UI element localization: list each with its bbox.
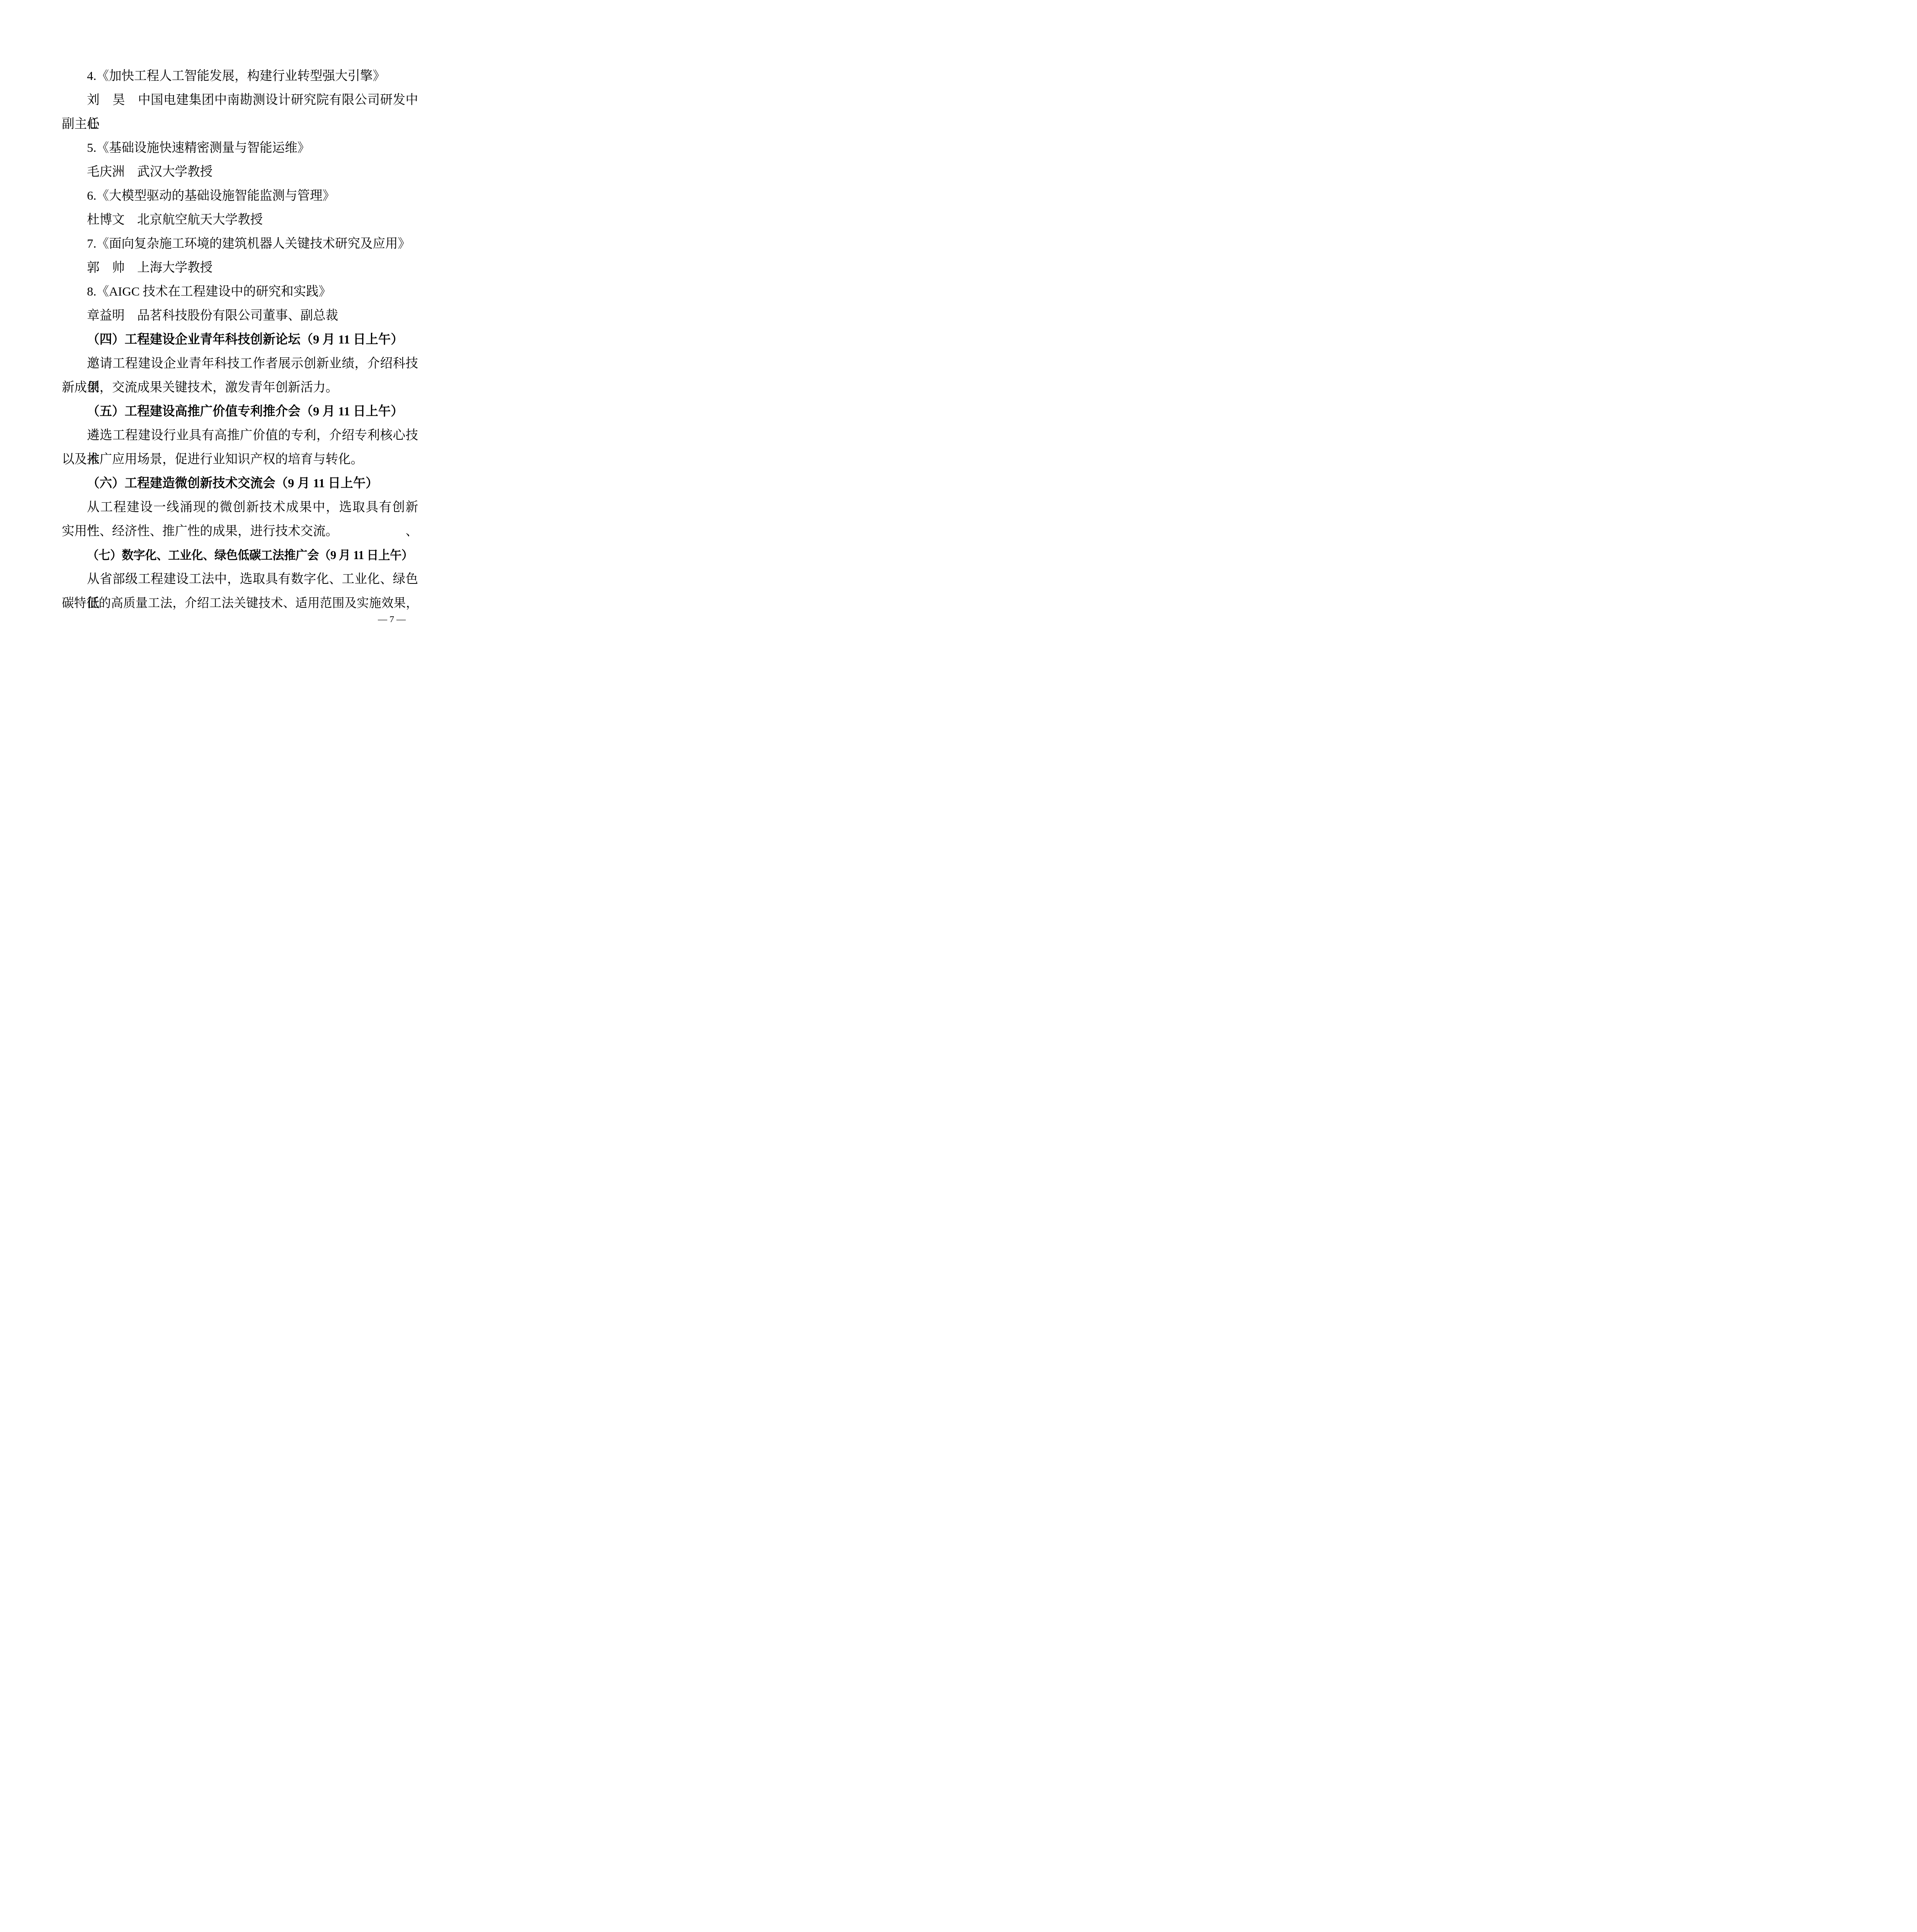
speaker-line: 郭 帅 上海大学教授	[62, 256, 418, 280]
document-body: 4.《加快工程人工智能发展，构建行业转型强大引擎》刘 昊 中国电建集团中南勘测设…	[62, 64, 418, 615]
paragraph-line: 新成果，交流成果关键技术，激发青年创新活力。	[62, 376, 418, 400]
speaker-line: 毛庆洲 武汉大学教授	[62, 160, 418, 184]
paragraph-line: 以及推广应用场景，促进行业知识产权的培育与转化。	[62, 447, 418, 471]
paragraph-line: 邀请工程建设企业青年科技工作者展示创新业绩，介绍科技创	[62, 352, 418, 376]
talk-title: 7.《面向复杂施工环境的建筑机器人关键技术研究及应用》	[62, 232, 418, 256]
section-heading: （四）工程建设企业青年科技创新论坛（9 月 11 日上午）	[62, 328, 418, 352]
section-heading: （六）工程建造微创新技术交流会（9 月 11 日上午）	[62, 471, 418, 495]
talk-title: 4.《加快工程人工智能发展，构建行业转型强大引擎》	[62, 64, 418, 88]
talk-title: 5.《基础设施快速精密测量与智能运维》	[62, 136, 418, 160]
paragraph-line: 从工程建设一线涌现的微创新技术成果中，选取具有创新性、	[62, 495, 418, 519]
document-page: 4.《加快工程人工智能发展，构建行业转型强大引擎》刘 昊 中国电建集团中南勘测设…	[0, 0, 479, 678]
speaker-line: 刘 昊 中国电建集团中南勘测设计研究院有限公司研发中心	[62, 88, 418, 112]
paragraph-line: 碳特征的高质量工法，介绍工法关键技术、适用范围及实施效果，	[62, 591, 418, 615]
speaker-line: 章益明 品茗科技股份有限公司董事、副总裁	[62, 304, 418, 328]
paragraph-line: 从省部级工程建设工法中，选取具有数字化、工业化、绿色低	[62, 567, 418, 591]
paragraph-line: 遴选工程建设行业具有高推广价值的专利，介绍专利核心技术	[62, 423, 418, 447]
talk-title: 8.《AIGC 技术在工程建设中的研究和实践》	[62, 280, 418, 304]
page-number: — 7 —	[378, 612, 406, 626]
section-heading: （五）工程建设高推广价值专利推介会（9 月 11 日上午）	[62, 400, 418, 423]
section-heading: （七）数字化、工业化、绿色低碳工法推广会（9 月 11 日上午）	[62, 543, 418, 567]
speaker-line-continuation: 副主任	[62, 112, 418, 136]
speaker-line: 杜博文 北京航空航天大学教授	[62, 208, 418, 232]
talk-title: 6.《大模型驱动的基础设施智能监测与管理》	[62, 184, 418, 208]
